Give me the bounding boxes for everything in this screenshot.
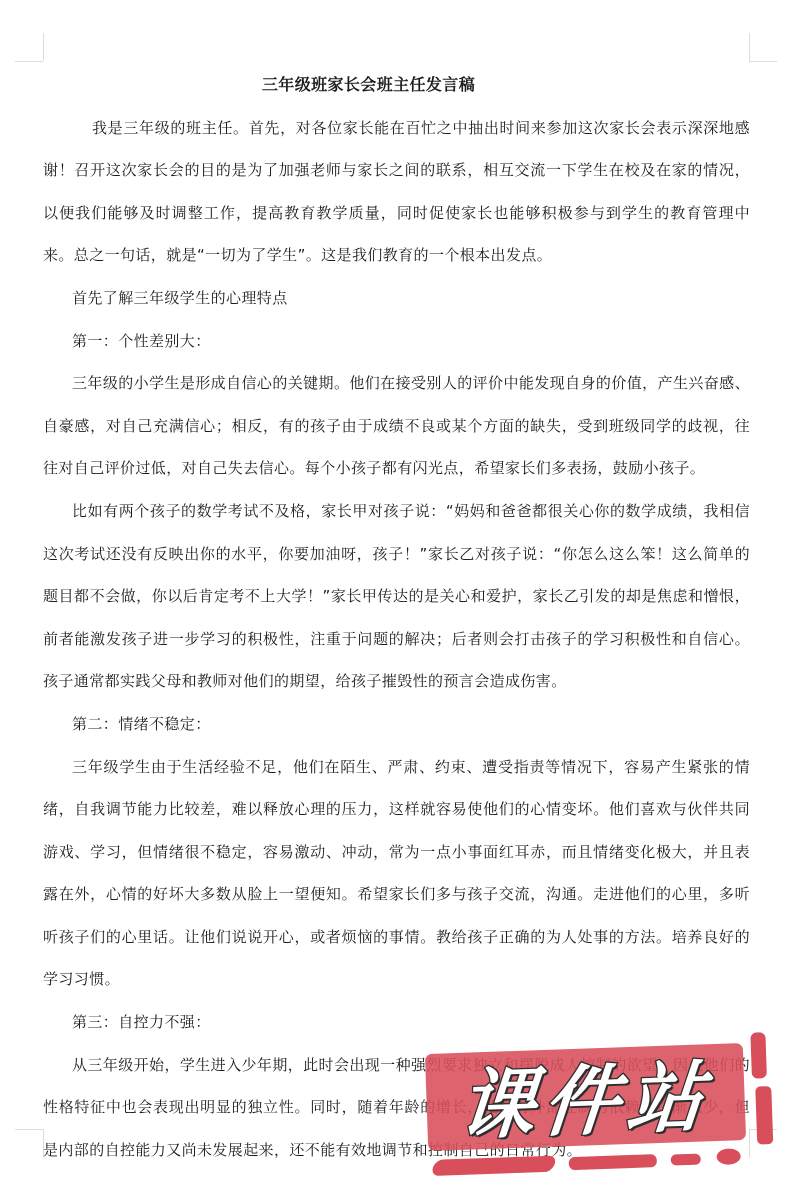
body-paragraph: 从三年级开始，学生进入少年期，此时会出现一种强烈要求独立和摆脱成人控制的欲望，因… <box>43 1044 750 1172</box>
body-paragraph: 我是三年级的班主任。首先，对各位家长能在百忙之中抽出时间来参加这次家长会表示深深… <box>43 107 750 277</box>
section-heading: 第三：自控力不强： <box>43 1001 750 1044</box>
section-heading: 第二：情绪不稳定： <box>43 703 750 746</box>
crop-mark-top-right <box>749 33 750 61</box>
document-page: 三年级班家长会班主任发言稿 我是三年级的班主任。首先，对各位家长能在百忙之中抽出… <box>0 0 800 1200</box>
document-body: 三年级班家长会班主任发言稿 我是三年级的班主任。首先，对各位家长能在百忙之中抽出… <box>43 64 750 1171</box>
section-heading: 首先了解三年级学生的心理特点 <box>43 277 750 320</box>
body-paragraph: 比如有两个孩子的数学考试不及格，家长甲对孩子说：“妈妈和爸爸都很关心你的数学成绩… <box>43 490 750 703</box>
document-title: 三年级班家长会班主任发言稿 <box>43 64 750 107</box>
crop-mark-bottom-right <box>749 1129 777 1130</box>
crop-mark-top-left <box>43 33 44 61</box>
stamp-border-fragment <box>750 1032 767 1078</box>
crop-mark-top-right <box>749 61 777 62</box>
section-heading: 第一：个性差别大： <box>43 320 750 363</box>
paragraph-list: 我是三年级的班主任。首先，对各位家长能在百忙之中抽出时间来参加这次家长会表示深深… <box>43 107 750 1172</box>
crop-mark-top-left <box>15 61 43 62</box>
body-paragraph: 三年级的小学生是形成自信心的关键期。他们在接受别人的评价中能发现自身的价值，产生… <box>43 362 750 490</box>
stamp-border-fragment <box>755 1086 773 1145</box>
body-paragraph: 三年级学生由于生活经验不足，他们在陌生、严肃、约束、遭受指责等情况下，容易产生紧… <box>43 746 750 1002</box>
crop-mark-bottom-left <box>15 1129 43 1130</box>
